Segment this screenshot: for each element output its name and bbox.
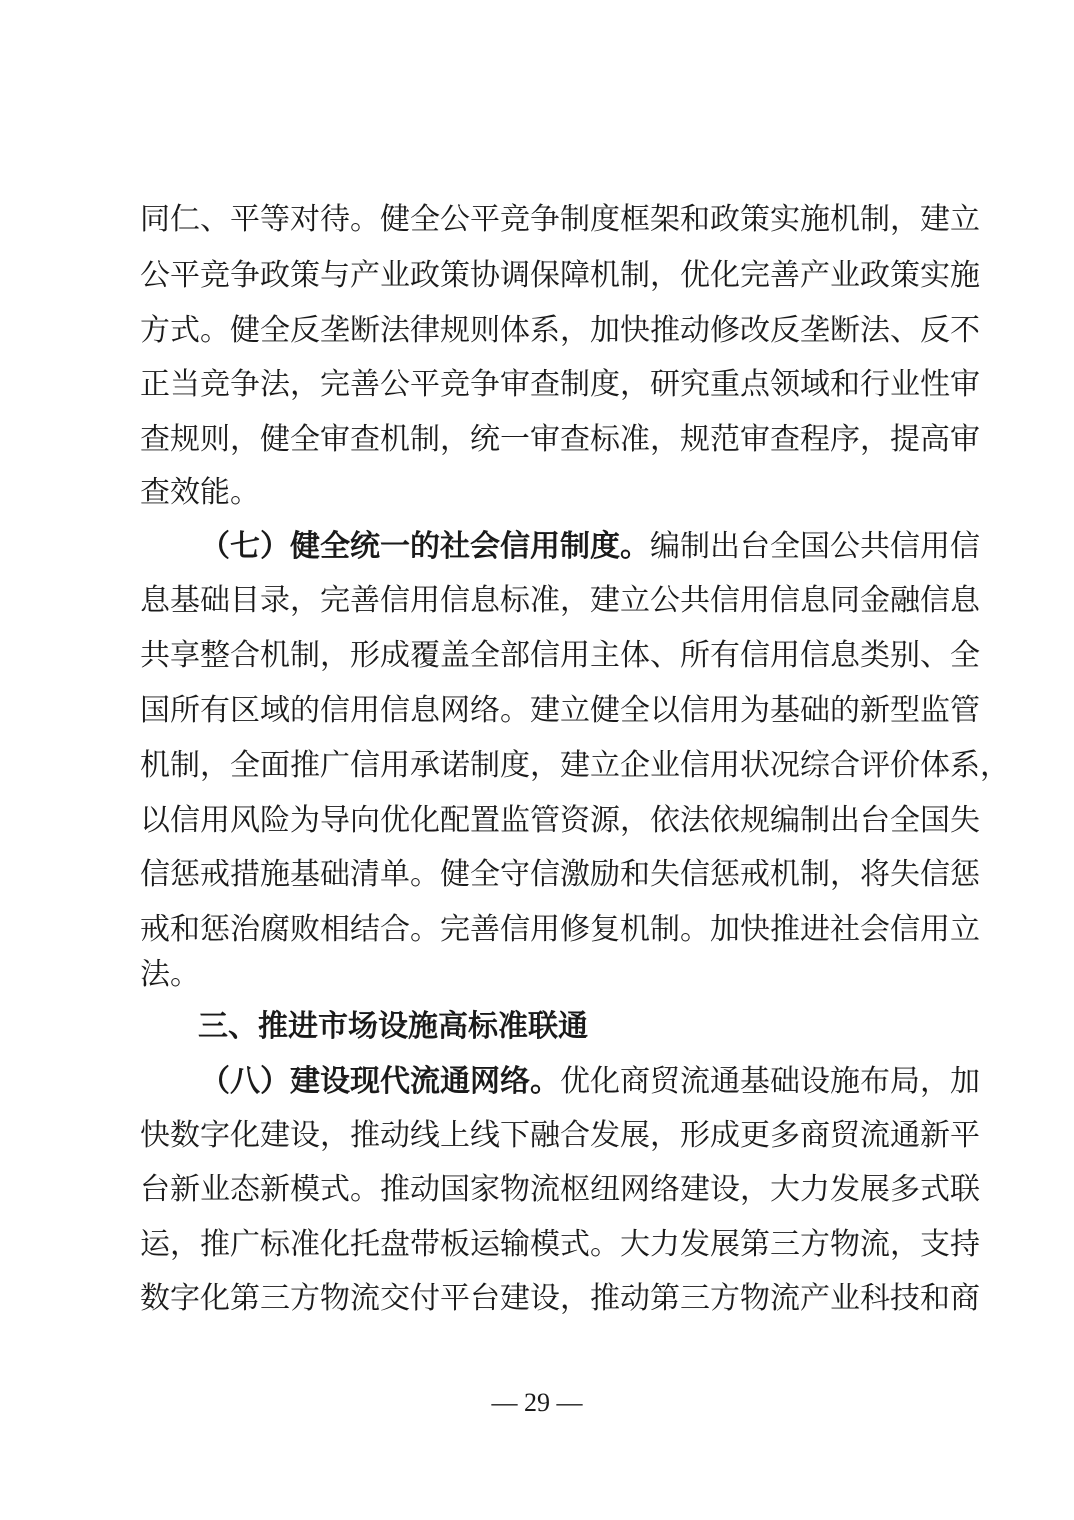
text-run: 优化商贸流通基础设施布局，加 [560, 1064, 980, 1099]
text-line: 正当竞争法，完善公平竞争审查制度，研究重点领域和行业性审 [140, 365, 940, 405]
text-line: 法。 [140, 955, 940, 995]
paragraph-first-line: （八）建设现代流通网络。优化商贸流通基础设施布局，加 [200, 1062, 940, 1102]
text-line: 信惩戒措施基础清单。健全守信激励和失信惩戒机制，将失信惩 [140, 855, 940, 895]
page-number: — 29 — [0, 1388, 1074, 1418]
text-line: 机制，全面推广信用承诺制度，建立企业信用状况综合评价体系， [140, 746, 940, 786]
text-line: 共享整合机制，形成覆盖全部信用主体、所有信用信息类别、全 [140, 636, 940, 676]
text-line: 查规则，健全审查机制，统一审查标准，规范审查程序，提高审 [140, 420, 940, 460]
text-line: 国所有区域的信用信息网络。建立健全以信用为基础的新型监管 [140, 691, 940, 731]
text-line: 方式。健全反垄断法律规则体系，加快推动修改反垄断法、反不 [140, 311, 940, 351]
subsection-heading-7: （七）健全统一的社会信用制度。 [200, 529, 650, 564]
section-heading: 三、推进市场设施高标准联通 [198, 1007, 698, 1047]
text-line: 息基础目录，完善信用信息标准，建立公共信用信息同金融信息 [140, 581, 940, 621]
text-line: 同仁、平等对待。健全公平竞争制度框架和政策实施机制，建立 [140, 200, 940, 240]
text-line: 戒和惩治腐败相结合。完善信用修复机制。加快推进社会信用立 [140, 910, 940, 950]
text-line: 数字化第三方物流交付平台建设，推动第三方物流产业科技和商 [140, 1279, 940, 1319]
subsection-heading-8: （八）建设现代流通网络。 [200, 1064, 560, 1099]
text-line: 查效能。 [140, 473, 940, 513]
text-line: 运，推广标准化托盘带板运输模式。大力发展第三方物流，支持 [140, 1225, 940, 1265]
paragraph-first-line: （七）健全统一的社会信用制度。编制出台全国公共信用信 [200, 527, 940, 567]
text-run: 编制出台全国公共信用信 [650, 529, 980, 564]
document-page: 同仁、平等对待。健全公平竞争制度框架和政策实施机制，建立 公平竞争政策与产业政策… [0, 0, 1074, 1520]
text-line: 台新业态新模式。推动国家物流枢纽网络建设，大力发展多式联 [140, 1170, 940, 1210]
text-line: 以信用风险为导向优化配置监管资源，依法依规编制出台全国失 [140, 801, 940, 841]
text-line: 快数字化建设，推动线上线下融合发展，形成更多商贸流通新平 [140, 1116, 940, 1156]
text-line: 公平竞争政策与产业政策协调保障机制，优化完善产业政策实施 [140, 256, 940, 296]
